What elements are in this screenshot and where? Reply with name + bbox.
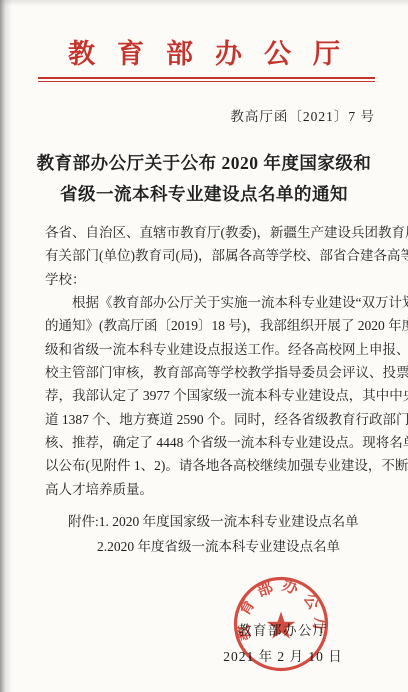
- body-line: 学校：: [45, 268, 380, 291]
- letterhead-agency-title: 教育部办公厅: [0, 32, 408, 71]
- body-line: 核、推荐，确定了 4448 个省级一流本科专业建设点。现将名单予: [45, 431, 380, 454]
- document-body: 各省、自治区、直辖市教育厅(教委)，新疆生产建设兵团教育局， 有关部门(单位)教…: [45, 221, 380, 501]
- attachment-item-1: 附件:1. 2020 年度国家级一流本科专业建设点名单: [45, 509, 380, 534]
- document-title-line2: 省级一流本科专业建设点名单的通知: [0, 179, 408, 210]
- body-line: 校主管部门审核，教育部高等学校教学指导委员会评议、投票推: [45, 361, 380, 384]
- body-line: 高人才培养质量。: [45, 478, 380, 501]
- document-title: 教育部办公厅关于公布 2020 年度国家级和 省级一流本科专业建设点名单的通知: [0, 148, 408, 210]
- body-line: 级和省级一流本科专业建设点报送工作。经各高校网上申报、高: [45, 338, 380, 361]
- body-line: 的通知》(教高厅函〔2019〕18 号)，我部组织开展了 2020 年度国家: [45, 314, 380, 337]
- body-line: 有关部门(单位)教育司(局)，部属各高等学校、部省合建各高等: [45, 244, 380, 267]
- document-reference-number: 教高厅函〔2021〕7 号: [230, 105, 375, 125]
- scan-left-edge-shadow: [0, 0, 12, 692]
- letterhead-double-rule: [38, 77, 375, 82]
- body-line: 道 1387 个、地方赛道 2590 个。同时，经各省级教育行政部门审: [45, 408, 380, 431]
- attachment-item-2: 2.2020 年度省级一流本科专业建设点名单: [45, 534, 380, 559]
- signature-block: 教育部办公厅 2021 年 2 月 10 日: [200, 619, 366, 665]
- attachments-list: 附件:1. 2020 年度国家级一流本科专业建设点名单 2.2020 年度省级一…: [45, 509, 380, 559]
- official-document-page: 教育部办公厅 教高厅函〔2021〕7 号 教育部办公厅关于公布 2020 年度国…: [0, 0, 408, 692]
- signature-date: 2021 年 2 月 10 日: [200, 645, 366, 665]
- document-title-line1: 教育部办公厅关于公布 2020 年度国家级和: [0, 148, 408, 179]
- body-line: 各省、自治区、直辖市教育厅(教委)，新疆生产建设兵团教育局，: [45, 221, 380, 244]
- signature-agency-name: 教育部办公厅: [200, 619, 366, 639]
- scan-top-edge-shadow: [0, 0, 408, 6]
- body-line: 荐，我部认定了 3977 个国家级一流本科专业建设点，其中中央赛: [45, 384, 380, 407]
- body-line: 根据《教育部办公厅关于实施一流本科专业建设“双万计划”: [45, 291, 380, 314]
- body-line: 以公布(见附件 1、2)。请各地各高校继续加强专业建设，不断提: [45, 454, 380, 477]
